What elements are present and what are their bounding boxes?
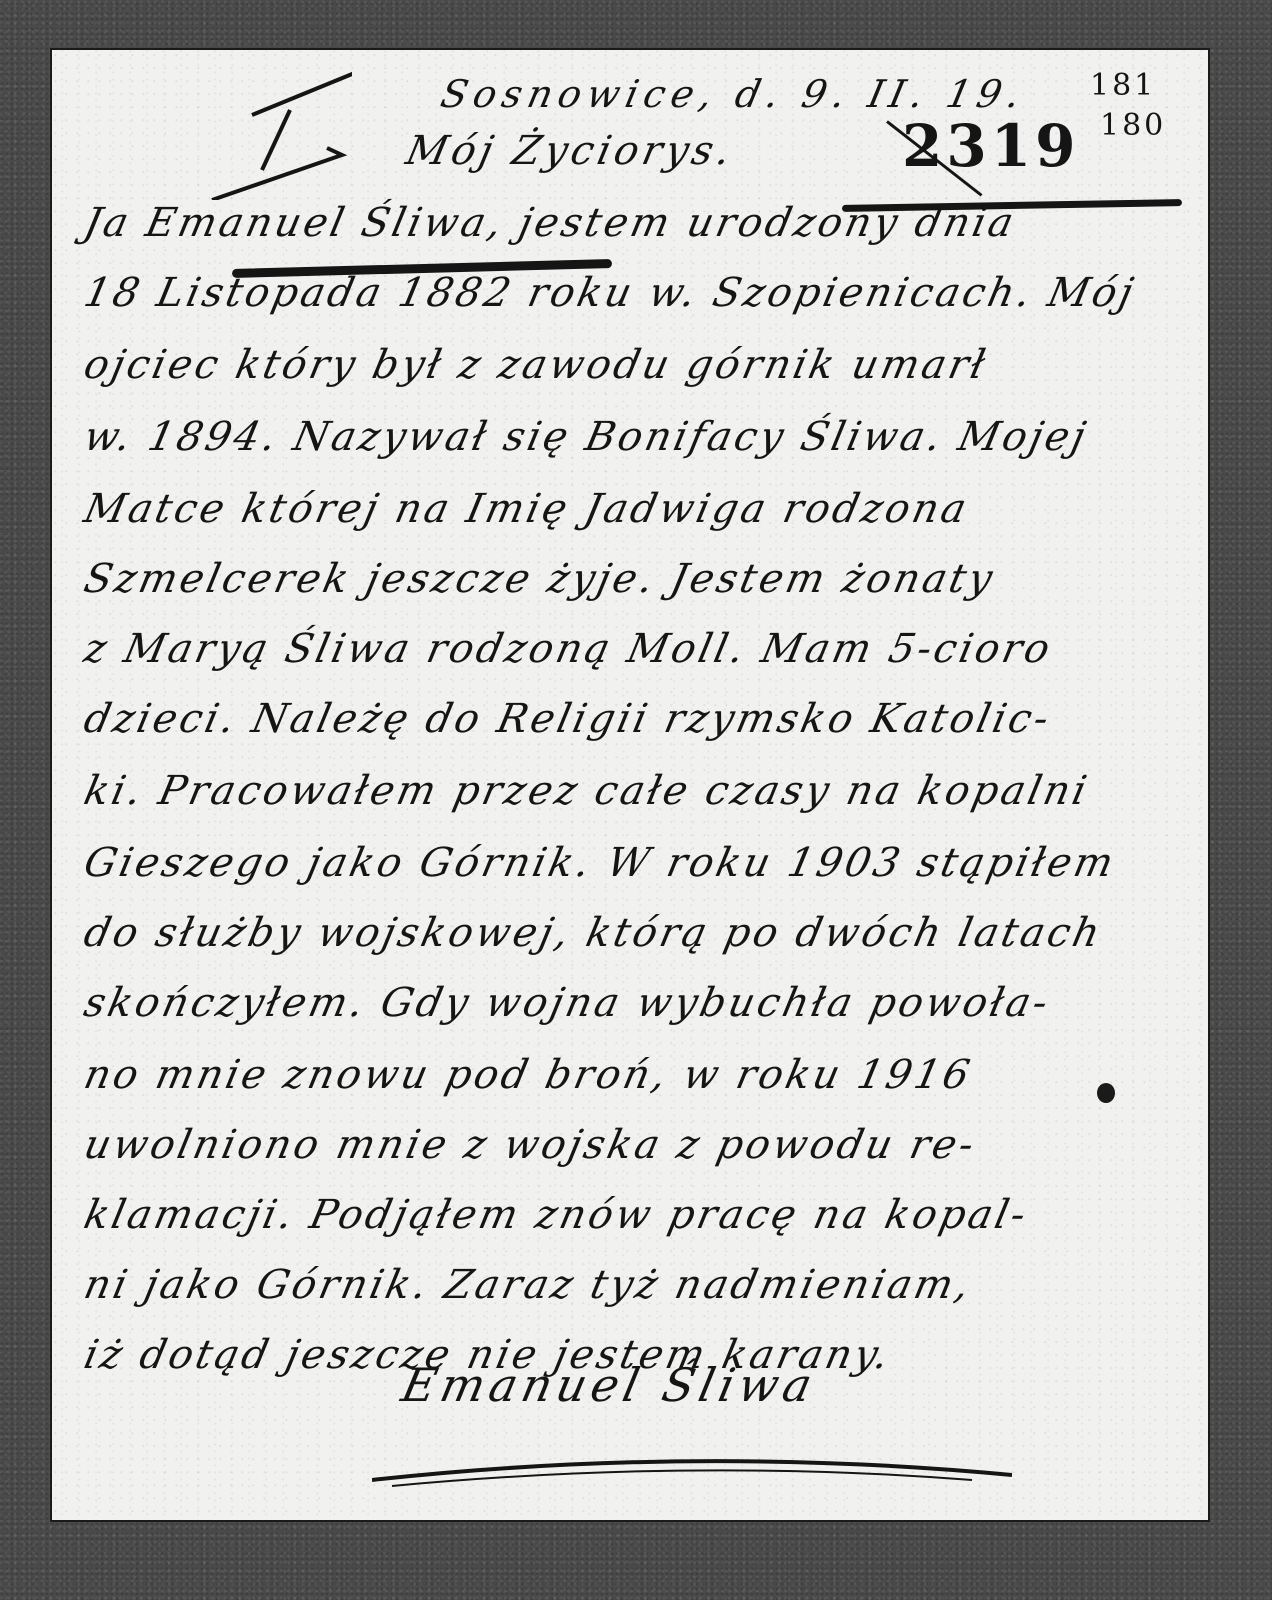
body-line-6: Szmelcerek jeszcze żyje. Jestem żonaty (80, 556, 999, 602)
place-date: Sosnowice, d. 9. II. 19. (437, 72, 1030, 116)
body-line-3: ojciec który był z zawodu górnik umarł (80, 342, 992, 388)
body-line-9: ki. Pracowałem przez całe czasy na kopal… (80, 768, 1093, 814)
t-mark-annotation (202, 70, 352, 200)
body-line-15: klamacji. Podjąłem znów pracę na kopal- (80, 1192, 1033, 1238)
body-line-16: ni jako Górnik. Zaraz tyż nadmieniam, (80, 1262, 976, 1308)
body-line-8: dzieci. Należę do Religii rzymsko Katoli… (80, 696, 1056, 742)
body-line-7: z Maryą Śliwa rodzoną Moll. Mam 5-cioro (80, 626, 1057, 672)
body-line-2: 18 Listopada 1882 roku w. Szopienicach. … (80, 270, 1140, 316)
body-line-12: skończyłem. Gdy wojna wybuchła powoła- (80, 980, 1055, 1026)
document-page: Sosnowice, d. 9. II. 19. Mój Życiorys. 2… (50, 48, 1210, 1522)
document-title: Mój Życiorys. (402, 128, 739, 174)
signature-flourish (372, 1450, 1012, 1490)
reference-number-top: 181 (1090, 68, 1156, 103)
body-line-13: no mnie znowu pod broń, w roku 1916 (80, 1052, 977, 1098)
body-line-10: Gieszego jako Górnik. W roku 1903 stąpił… (80, 840, 1120, 886)
body-line-5: Matce której na Imię Jadwiga rodzona (80, 486, 973, 532)
reference-number-bottom: 180 (1100, 108, 1166, 143)
ink-blot (1097, 1083, 1115, 1103)
body-line-11: do służby wojskowej, którą po dwóch lata… (80, 910, 1107, 956)
body-line-14: uwolniono mnie z wojska z powodu re- (80, 1122, 981, 1168)
signature: Emanuel Śliwa (397, 1358, 822, 1412)
body-line-4: w. 1894. Nazywał się Bonifacy Śliwa. Moj… (80, 414, 1092, 460)
archive-number: 2319 (902, 112, 1079, 180)
